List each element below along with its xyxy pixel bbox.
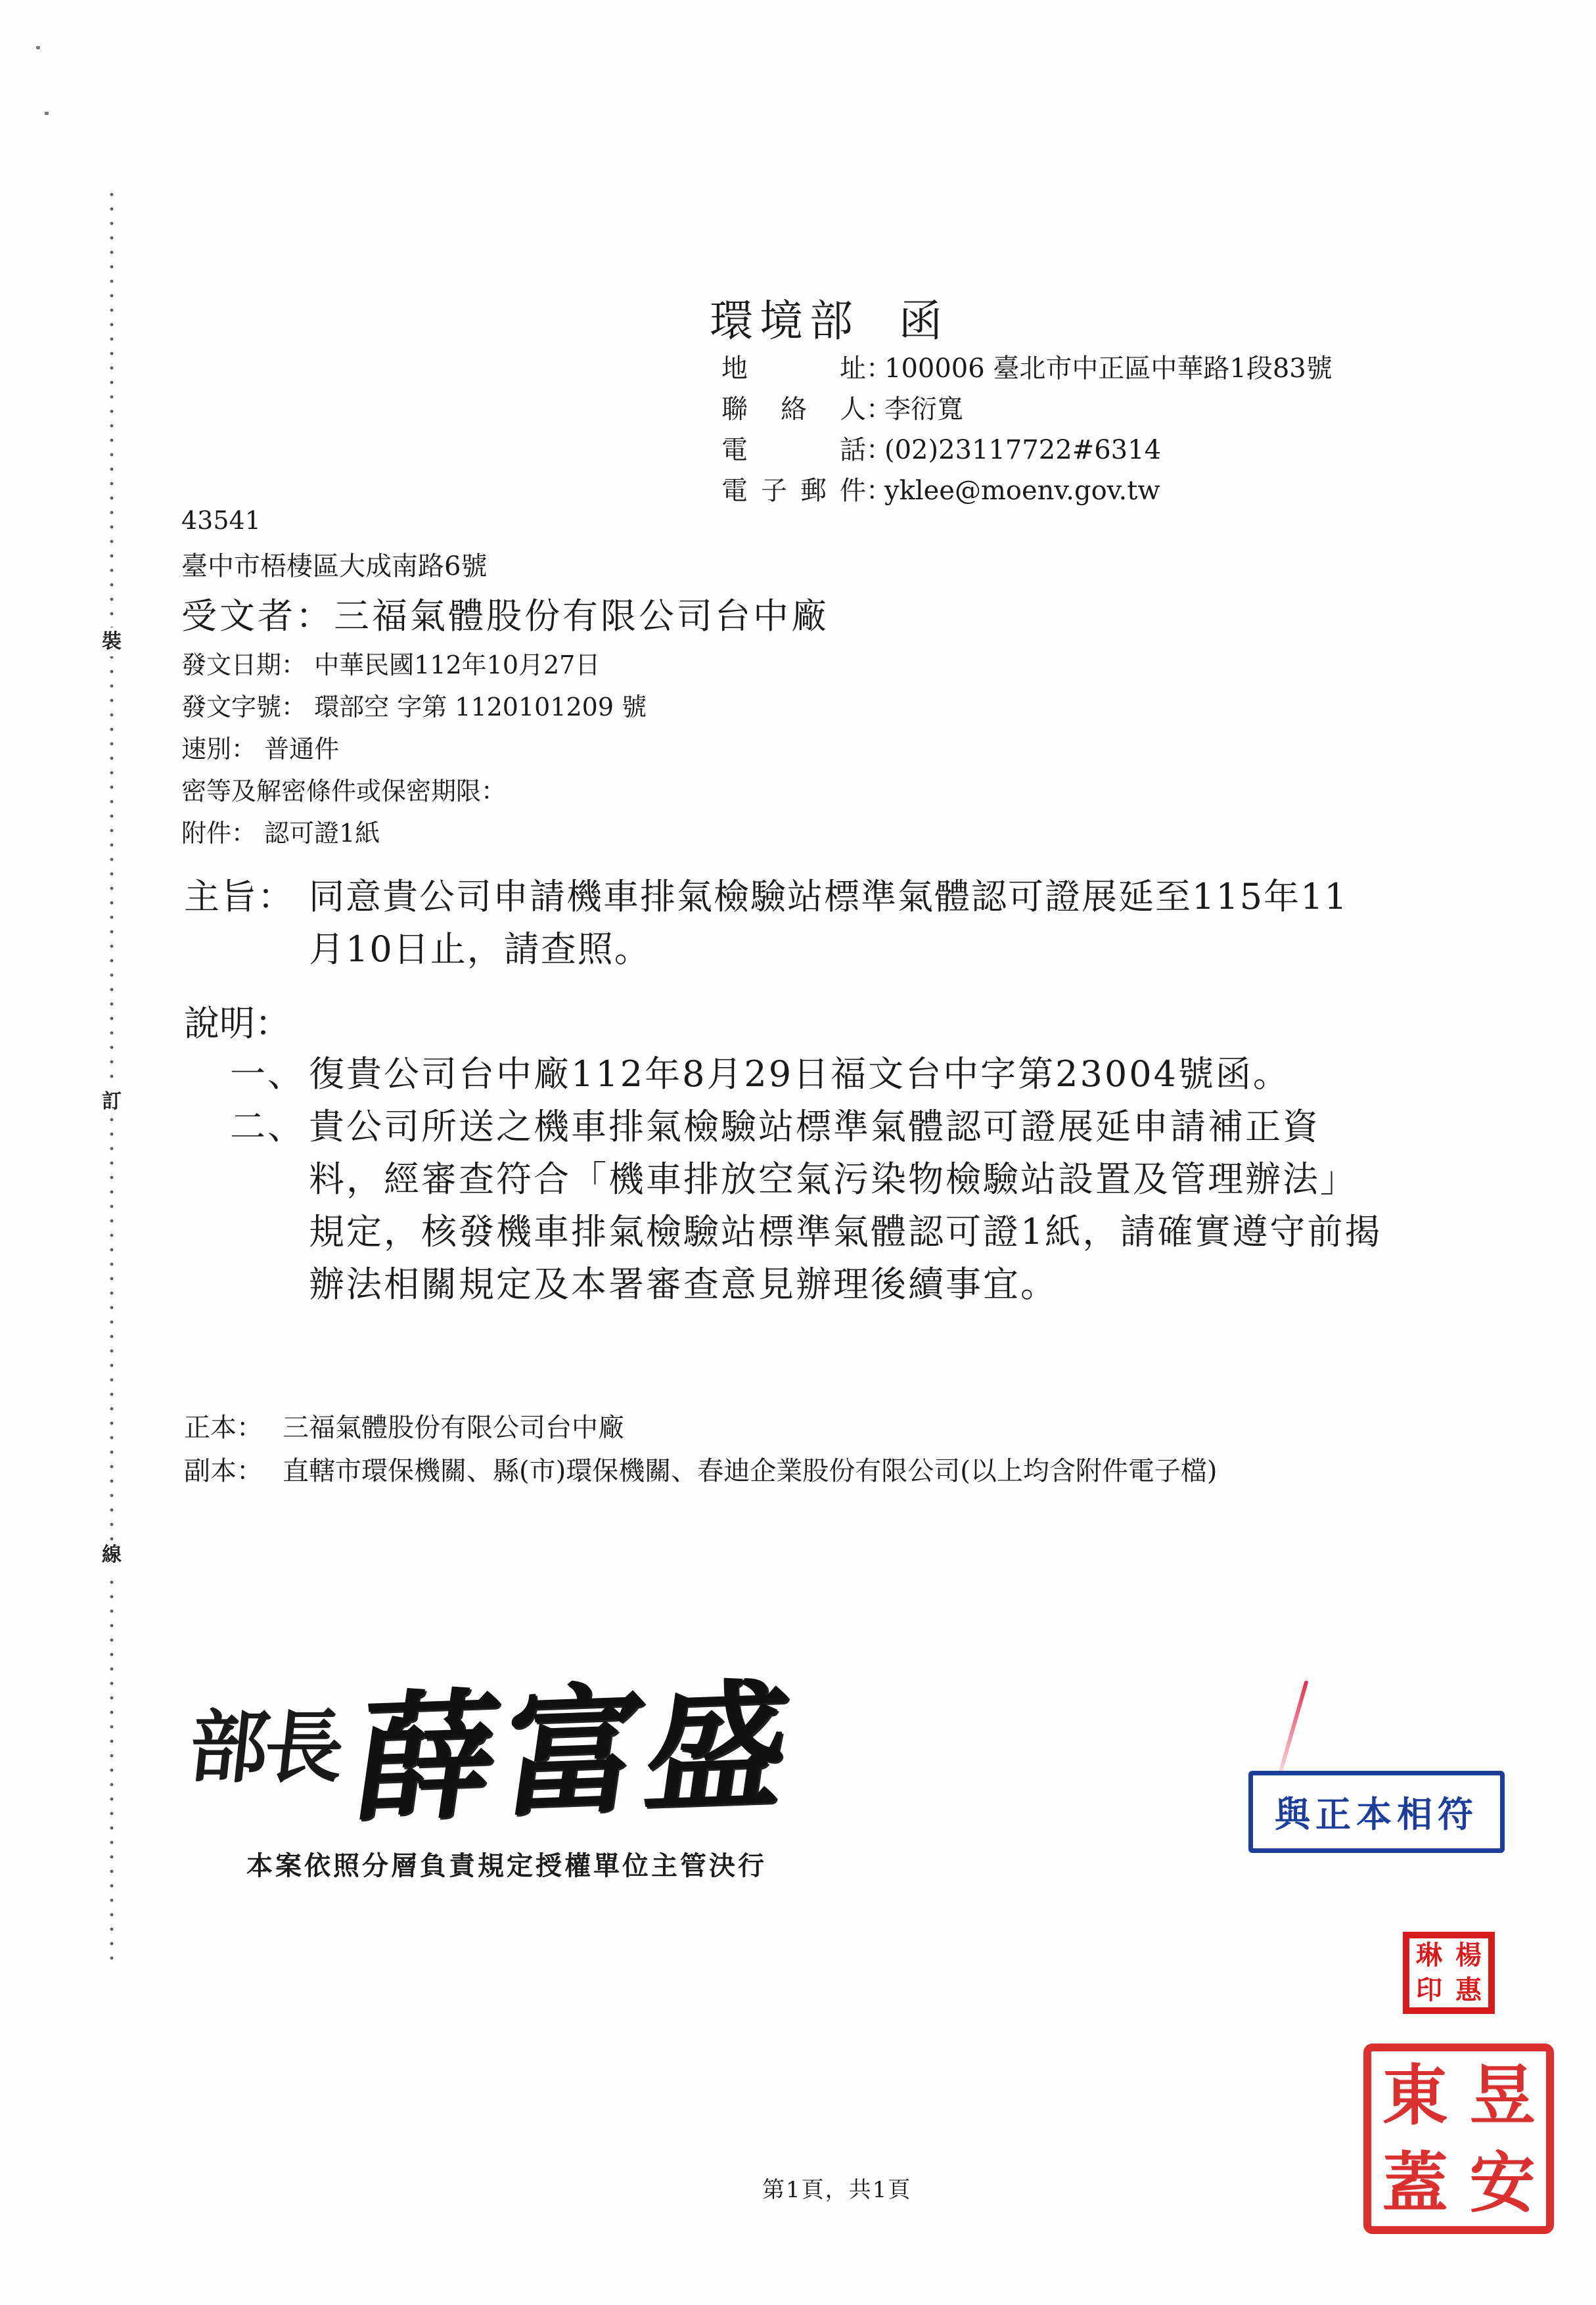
label-char: 絡 — [781, 389, 807, 430]
colon: ： — [866, 389, 884, 430]
scan-speck — [36, 46, 40, 49]
binding-label-bind: 裝 — [97, 628, 126, 656]
label-char: 話 — [840, 430, 866, 470]
contact-email: 電 子 郵 件 ： yklee@moenv.gov.tw — [721, 470, 1333, 511]
label-char: 人 — [840, 389, 866, 430]
meta-label: 發文日期： — [181, 650, 306, 679]
explanation-item: 一、 復貴公司台中廠112年8月29日福文台中字第23004號函。 — [184, 1048, 1386, 1101]
distribution-section: 正本： 三福氣體股份有限公司台中廠 副本： 直轄市環保機關、縣(市)環保機關、春… — [184, 1406, 1386, 1493]
meta-label: 發文字號： — [181, 693, 306, 721]
meta-doc-number: 發文字號： 環部空 字第 1120101209 號 — [181, 686, 647, 728]
label-char: 件 — [840, 470, 866, 511]
label-char: 聯 — [721, 389, 748, 430]
recipient-label: 受文者： — [181, 595, 334, 637]
label-char: 地 — [721, 348, 748, 389]
meta-value: 環部空 字第 1120101209 號 — [314, 693, 647, 721]
seal-char: 安 — [1459, 2139, 1546, 2226]
distribution-copies: 副本： 直轄市環保機關、縣(市)環保機關、春迪企業股份有限公司(以上均含附件電子… — [184, 1449, 1386, 1493]
label-char: 郵 — [800, 470, 827, 511]
explanation-list: 一、 復貴公司台中廠112年8月29日福文台中字第23004號函。 二、 貴公司… — [184, 1048, 1386, 1311]
agency-name: 環境部 — [710, 296, 859, 346]
contact-label: 聯 絡 人 — [721, 389, 866, 430]
page-number: 第1頁，共1頁 — [762, 2172, 911, 2204]
item-text: 貴公司所送之機車排氣檢驗站標準氣體認可證展延申請補正資料，經審查符合「機車排放空… — [309, 1101, 1386, 1311]
address-value: 100006 臺北市中正區中華路1段83號 — [884, 348, 1333, 389]
personal-seal-small: 琳 楊 印 惠 — [1403, 1932, 1495, 2014]
meta-label: 密等及解密條件或保密期限： — [181, 777, 506, 806]
subject-section: 主旨： 同意貴公司申請機車排氣檢驗站標準氣體認可證展延至115年11月10日止，… — [184, 871, 1367, 976]
meta-confidentiality: 密等及解密條件或保密期限： — [181, 770, 647, 812]
meta-issue-date: 發文日期： 中華民國112年10月27日 — [181, 644, 647, 686]
item-text: 復貴公司台中廠112年8月29日福文台中字第23004號函。 — [309, 1048, 1386, 1101]
seal-char: 蓋 — [1371, 2139, 1459, 2226]
seal-char: 東 — [1371, 2051, 1459, 2139]
label-char: 電 — [721, 430, 748, 470]
doc-type: 函 — [899, 296, 949, 346]
distribution-original: 正本： 三福氣體股份有限公司台中廠 — [184, 1406, 1386, 1449]
colon: ： — [866, 430, 884, 470]
subject-text: 同意貴公司申請機車排氣檢驗站標準氣體認可證展延至115年11月10日止，請查照。 — [309, 871, 1360, 976]
meta-label: 附件： — [181, 819, 256, 848]
copies-label: 副本： — [184, 1449, 263, 1493]
contact-phone: 電 話 ： (02)23117722#6314 — [721, 430, 1333, 470]
delegation-note: 本案依照分層負責規定授權單位主管決行 — [246, 1845, 767, 1883]
contact-label: 電 子 郵 件 — [721, 470, 866, 511]
label-char: 址 — [840, 348, 866, 389]
signature-title: 部長 — [185, 1685, 346, 1798]
meta-value: 普通件 — [264, 735, 339, 764]
item-number: 一、 — [230, 1048, 305, 1101]
item-number: 二、 — [230, 1101, 305, 1153]
binding-label-line: 線 — [97, 1541, 126, 1570]
meta-value: 中華民國112年10月27日 — [314, 650, 600, 679]
document-meta: 發文日期： 中華民國112年10月27日 發文字號： 環部空 字第 112010… — [181, 644, 647, 854]
original-value: 三福氣體股份有限公司台中廠 — [283, 1406, 1386, 1449]
recipient-line: 受文者：三福氣體股份有限公司台中廠 — [181, 588, 829, 639]
contact-person-value: 李衍寬 — [884, 389, 963, 430]
scan-speck — [45, 112, 49, 115]
original-label: 正本： — [184, 1406, 263, 1449]
true-copy-stamp: 與正本相符 — [1248, 1771, 1505, 1853]
seal-char: 昱 — [1459, 2051, 1546, 2139]
explanation-item: 二、 貴公司所送之機車排氣檢驗站標準氣體認可證展延申請補正資料，經審查符合「機車… — [184, 1101, 1386, 1311]
minister-signature: 部長 薛富盛 — [191, 1630, 794, 1853]
meta-speed: 速別： 普通件 — [181, 728, 647, 770]
agency-title: 環境部函 — [710, 286, 949, 348]
colon: ： — [866, 348, 884, 389]
binding-line — [109, 187, 114, 1968]
copies-value: 直轄市環保機關、縣(市)環保機關、春迪企業股份有限公司(以上均含附件電子檔) — [283, 1449, 1386, 1493]
recipient-name: 三福氣體股份有限公司台中廠 — [334, 595, 829, 637]
contact-person: 聯 絡 人 ： 李衍寬 — [721, 389, 1333, 430]
explanation-label: 說明： — [184, 995, 290, 1046]
meta-value: 認可證1紙 — [264, 819, 380, 848]
colon: ： — [866, 470, 884, 511]
seal-char: 惠 — [1449, 1973, 1488, 2008]
seal-char: 楊 — [1449, 1938, 1488, 1973]
label-char: 子 — [761, 470, 787, 511]
recipient-postal-code: 43541 — [181, 506, 261, 535]
recipient-address: 臺中市梧棲區大成南路6號 — [181, 545, 487, 583]
seal-char: 印 — [1409, 1973, 1449, 2008]
contact-label: 地 址 — [721, 348, 866, 389]
signature-name: 薛富盛 — [345, 1635, 809, 1848]
contact-address: 地 址 ： 100006 臺北市中正區中華路1段83號 — [721, 348, 1333, 389]
seal-char: 琳 — [1409, 1938, 1449, 1973]
subject-label: 主旨： — [184, 871, 294, 923]
phone-value: (02)23117722#6314 — [884, 430, 1161, 470]
red-check-mark — [1277, 1680, 1308, 1776]
binding-label-staple: 訂 — [97, 1087, 126, 1116]
meta-label: 速別： — [181, 735, 256, 764]
label-char: 電 — [721, 470, 748, 511]
sender-contact-block: 地 址 ： 100006 臺北市中正區中華路1段83號 聯 絡 人 ： 李衍寬 … — [721, 348, 1333, 511]
email-value: yklee@moenv.gov.tw — [884, 470, 1160, 511]
contact-label: 電 話 — [721, 430, 866, 470]
official-letter-page: 裝 訂 線 環境部函 地 址 ： 100006 臺北市中正區中華路1段83號 聯… — [0, 0, 1596, 2305]
company-seal-large: 東 昱 蓋 安 — [1363, 2043, 1554, 2234]
meta-attachment: 附件： 認可證1紙 — [181, 812, 647, 854]
